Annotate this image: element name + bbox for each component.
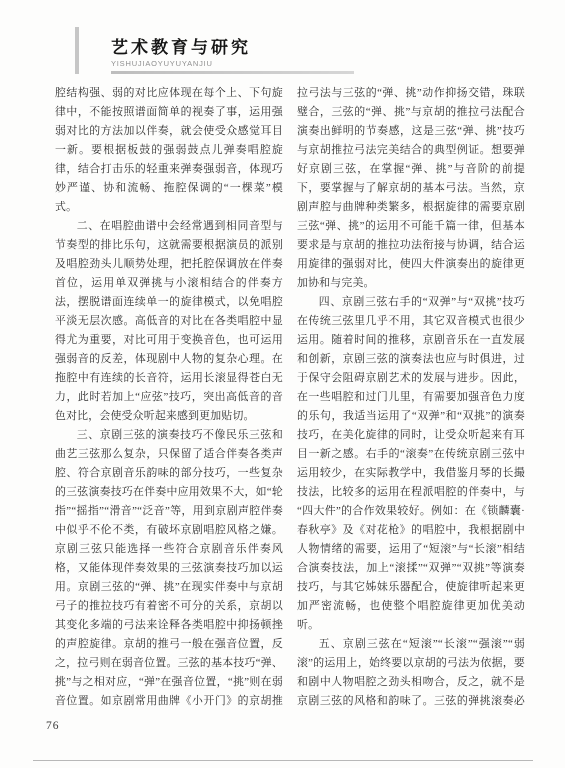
header-accent-bar	[75, 27, 79, 74]
page-number: 76	[46, 720, 60, 732]
journal-title: 艺术教育与研究	[111, 38, 354, 58]
footer-rule	[33, 760, 533, 761]
header-underline	[111, 71, 354, 74]
paragraph-continuation: 腔结构强、弱的对比应体现在每个上、下句旋律中，不能按照谱面简单的视奏了事，运用强…	[55, 84, 283, 217]
article-body: 腔结构强、弱的对比应体现在每个上、下句旋律中，不能按照谱面简单的视奏了事，运用强…	[55, 84, 525, 713]
paragraph-section-4: 四、京剧三弦右手的“双弹”与“双挑”技巧在传统三弦里几乎不用，其它双音模式也很少…	[297, 293, 525, 635]
journal-page: 艺术教育与研究 YISHUJIAOYUYUYANJIU 腔结构强、弱的对比应体现…	[0, 0, 565, 768]
page-header: 艺术教育与研究 YISHUJIAOYUYUYANJIU	[111, 38, 354, 74]
paragraph-section-2: 二、在唱腔曲谱中会经常遇到相同音型与节奏型的排比乐句，这就需要根据演员的派别及唱…	[55, 217, 283, 426]
journal-title-pinyin: YISHUJIAOYUYUYANJIU	[111, 59, 354, 68]
